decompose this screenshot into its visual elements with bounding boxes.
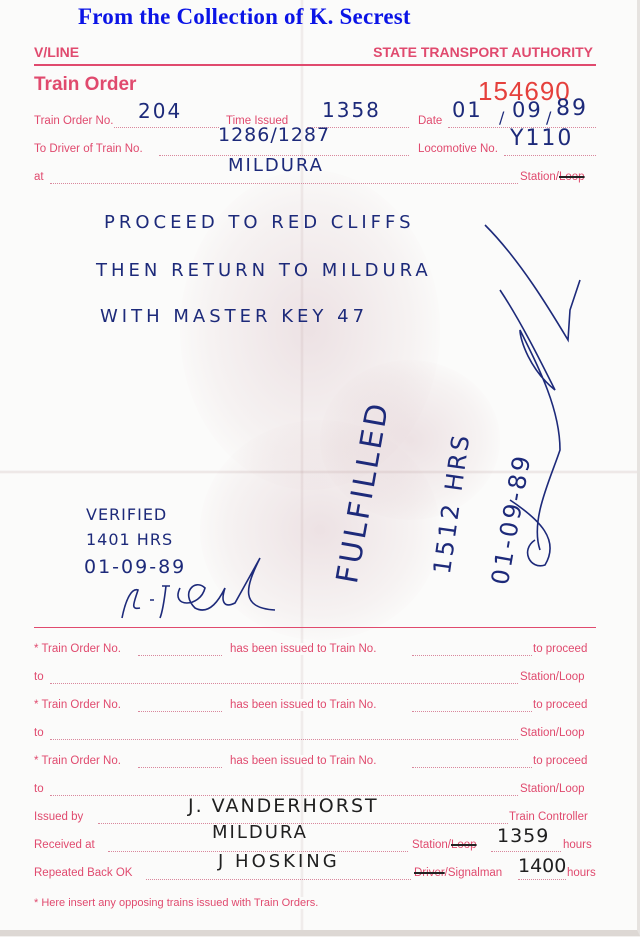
verified-signature-icon [110, 548, 280, 623]
repeated-back-value[interactable]: J HOSKING [218, 851, 340, 872]
time-issued-value[interactable]: 1358 [322, 98, 381, 122]
station-loop-label: Station/Loop [520, 171, 587, 183]
verified-text: VERIFIED [86, 505, 167, 524]
footnote: * Here insert any opposing trains issued… [34, 897, 320, 909]
opposing-order-row: * Train Order No. has been issued to Tra… [34, 643, 596, 659]
verified-time: 1401 HRS [86, 530, 173, 549]
issued-by-value[interactable]: J. VANDERHORST [188, 795, 379, 817]
driver-label-struck: Driver [414, 867, 445, 879]
station-loop-label: Station/Loop [520, 727, 587, 739]
opposing-destination-row: to Station/Loop [34, 671, 596, 687]
date-separator: / [499, 108, 506, 127]
received-station-loop: Station/Loop [412, 839, 479, 851]
opposing-destination-row: to Station/Loop [34, 727, 596, 743]
station-loop-label: Station/Loop [520, 783, 587, 795]
to-label: to [34, 727, 46, 739]
fulfilled-signature-icon [480, 220, 590, 580]
date-month-value[interactable]: 09 [512, 98, 543, 122]
order-text-line-2[interactable]: THEN RETURN TO MILDURA [96, 260, 432, 281]
issued-to-label: has been issued to Train No. [230, 699, 378, 711]
issued-by-label: Issued by [34, 811, 85, 823]
to-label: to [34, 783, 46, 795]
date-label: Date [418, 115, 444, 127]
station-label: Station/ [412, 839, 451, 851]
received-time-value[interactable]: 1359 [497, 825, 549, 847]
train-order-form: From the Collection of K. Secrest V/LINE… [0, 0, 640, 936]
opposing-order-row: * Train Order No. has been issued to Tra… [34, 699, 596, 715]
issued-to-label: has been issued to Train No. [230, 755, 378, 767]
repeated-time-value[interactable]: 1400 [518, 855, 566, 877]
at-value[interactable]: MILDURA [228, 155, 324, 176]
to-proceed-label: to proceed [533, 699, 589, 711]
station-loop-label: Station/Loop [520, 671, 587, 683]
received-at-value[interactable]: MILDURA [212, 822, 308, 843]
signalman-label: /Signalman [445, 867, 503, 879]
header-divider [34, 64, 596, 66]
driver-train-label: To Driver of Train No. [34, 143, 145, 155]
collection-watermark: From the Collection of K. Secrest [78, 4, 411, 30]
issued-to-label: has been issued to Train No. [230, 643, 378, 655]
authority-name: STATE TRANSPORT AUTHORITY [373, 44, 593, 60]
to-proceed-label: to proceed [533, 643, 589, 655]
repeated-back-label: Repeated Back OK [34, 867, 134, 879]
date-year-value[interactable]: 89 [556, 96, 588, 121]
hours-label: hours [567, 867, 598, 879]
footnote-row: * Here insert any opposing trains issued… [34, 897, 596, 913]
locomotive-value[interactable]: Y110 [510, 126, 573, 151]
order-text-line-1[interactable]: PROCEED TO RED CLIFFS [104, 212, 415, 233]
train-order-no-value[interactable]: 204 [138, 99, 182, 123]
driver-signalman-label: Driver/Signalman [414, 867, 504, 879]
to-label: to [34, 671, 46, 683]
received-at-label: Received at [34, 839, 97, 851]
hours-label: hours [563, 839, 594, 851]
at-label: at [34, 171, 46, 183]
date-separator: / [546, 108, 553, 127]
station-label: Station/ [520, 171, 559, 183]
to-proceed-label: to proceed [533, 755, 589, 767]
loop-label-struck: Loop [451, 839, 477, 851]
order-no-label: * Train Order No. [34, 643, 123, 655]
date-day-value[interactable]: 01 [452, 98, 483, 122]
order-no-label: * Train Order No. [34, 699, 123, 711]
train-order-no-label: Train Order No. [34, 115, 115, 127]
order-text-line-3[interactable]: WITH MASTER KEY 47 [100, 306, 368, 327]
body-divider [34, 627, 596, 628]
train-controller-label: Train Controller [509, 811, 590, 823]
order-no-label: * Train Order No. [34, 755, 123, 767]
vline-logo: V/LINE [34, 44, 79, 60]
form-title: Train Order [34, 74, 136, 96]
opposing-order-row: * Train Order No. has been issued to Tra… [34, 755, 596, 771]
locomotive-label: Locomotive No. [418, 143, 500, 155]
loop-label-struck: Loop [559, 171, 585, 183]
driver-train-value[interactable]: 1286/1287 [218, 124, 330, 146]
